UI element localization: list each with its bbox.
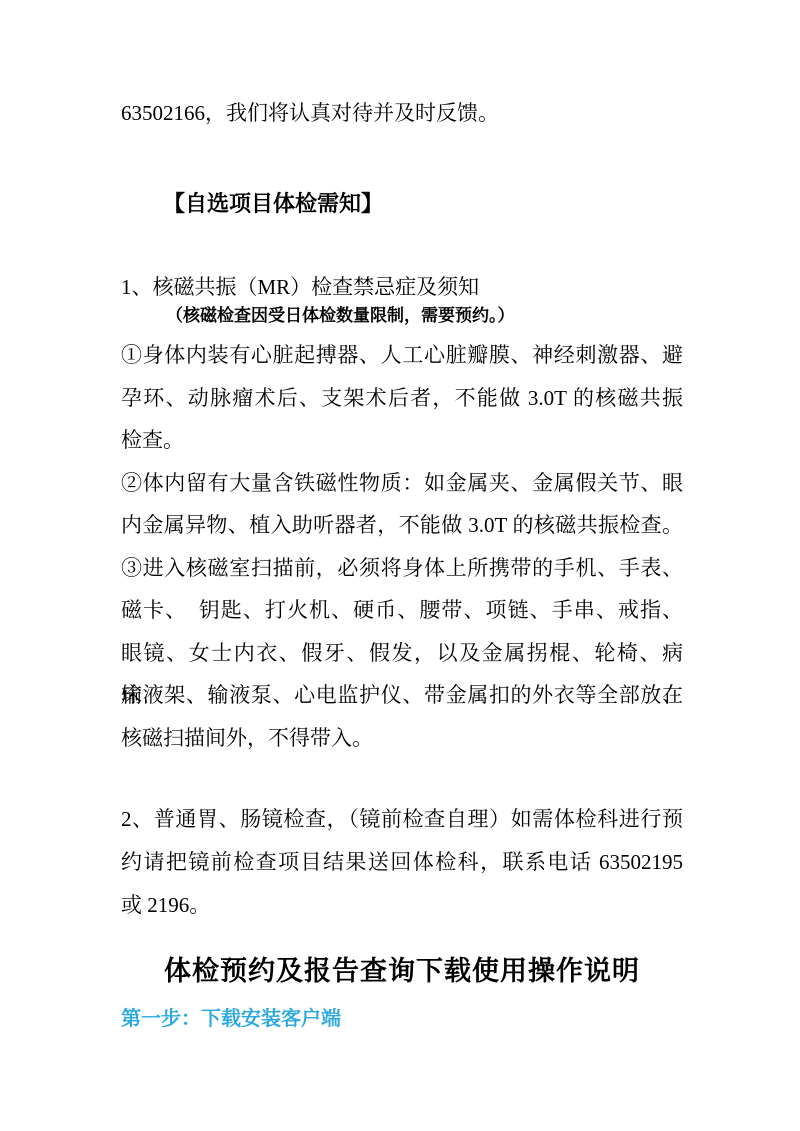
mr-notice-points: ①身体内装有心脏起搏器、人工心脏瓣膜、神经刺激器、避 孕环、动脉瘤术后、支架术后…	[121, 334, 683, 759]
item2-line: 2、普通胃、肠镜检查，（镜前检查自理）如需体检科进行预	[121, 798, 683, 841]
point3-line: 磁卡、 钥匙、打火机、硬币、腰带、项链、手串、戒指、	[121, 589, 683, 632]
point3-line: 输液架、输液泵、心电监护仪、带金属扣的外衣等全部放在	[121, 674, 683, 717]
section-heading-optional-items: 【自选项目体检需知】	[121, 190, 683, 217]
item2-gastroscopy-notice: 2、普通胃、肠镜检查，（镜前检查自理）如需体检科进行预 约请把镜前检查项目结果送…	[121, 798, 683, 927]
item2-line: 约请把镜前检查项目结果送回体检科，联系电话 63502195	[121, 841, 683, 884]
document-page: 63502166，我们将认真对待并及时反馈。 【自选项目体检需知】 1、核磁共振…	[0, 0, 800, 1131]
item1-reservation-note: （核磁检查因受日体检数量限制，需要预约。）	[121, 305, 683, 327]
guide-step1-label: 第一步：下载安装客户端	[121, 1006, 683, 1032]
guide-title: 体检预约及报告查询下载使用操作说明	[121, 954, 683, 988]
point3-line: ③进入核磁室扫描前，必须将身体上所携带的手机、手表、	[121, 547, 683, 590]
point3-line: 核磁扫描间外，不得带入。	[121, 717, 683, 760]
point1-line: 孕环、动脉瘤术后、支架术后者，不能做 3.0T 的核磁共振	[121, 377, 683, 420]
point2-line: 内金属异物、植入助听器者，不能做 3.0T 的核磁共振检查。	[121, 504, 683, 547]
point1-line: ①身体内装有心脏起搏器、人工心脏瓣膜、神经刺激器、避	[121, 334, 683, 377]
point1-line: 检查。	[121, 419, 683, 462]
item2-line: 或 2196。	[121, 884, 683, 927]
item1-title-mr-exam: 1、核磁共振（MR）检查禁忌症及须知	[121, 274, 683, 301]
point2-line: ②体内留有大量含铁磁性物质：如金属夹、金属假关节、眼	[121, 462, 683, 505]
point3-line: 眼镜、女士内衣、假牙、假发，以及金属拐棍、轮椅、病床、	[121, 632, 683, 675]
intro-line: 63502166，我们将认真对待并及时反馈。	[121, 100, 683, 126]
